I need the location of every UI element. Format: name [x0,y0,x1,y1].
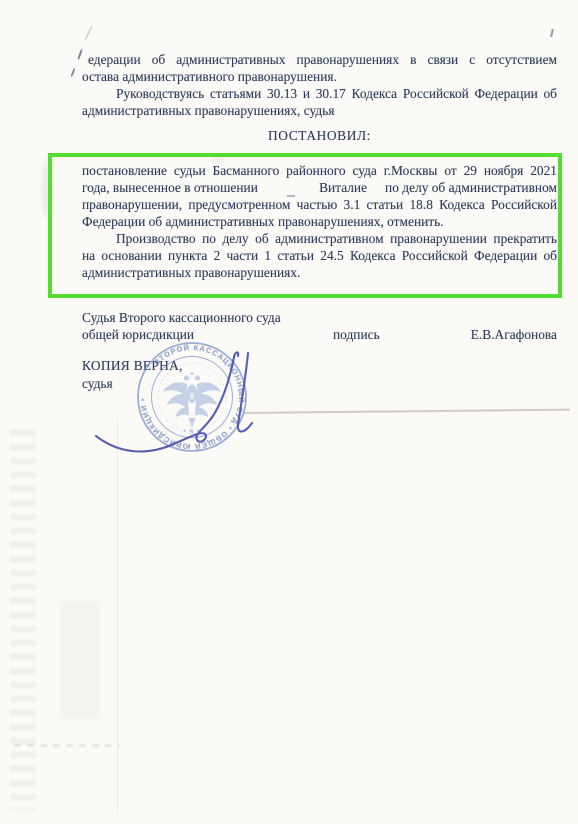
resolution-line-1: постановление судьи Басманного районного… [82,162,557,179]
intro-line-1: едерации об административных правонаруше… [82,51,557,68]
intro-line-4: административных правонарушениях, судья [82,102,557,119]
intro-paragraphs: едерации об административных правонаруше… [82,51,557,119]
resolution-line-4: Федерации об административных правонаруш… [82,213,557,230]
resolution-line-6: на основании пункта 2 части 1 статьи 24.… [82,247,557,264]
scan-smudge [10,430,36,810]
intro-line-3: Руководствуясь статьями 30.13 и 30.17 Ко… [82,85,557,102]
scan-smudge [14,744,120,747]
resolution-line-7: административных правонарушениях. [82,264,557,281]
redacted-gap [258,179,319,196]
scanned-court-document: едерации об административных правонаруше… [0,0,578,824]
scan-line [244,409,570,414]
resolution-line-3: правонарушении, предусмотренном частью 3… [82,196,557,213]
resolution-line-5: Производство по делу об административном… [82,230,557,247]
judge-title-line-1: Судья Второго кассационного суда [82,309,281,326]
fold-line [117,420,118,812]
respondent-name: Виталие [319,179,367,196]
intro-line-2: остава административного правонарушения. [82,68,557,85]
judge-name: Е.В.Агафонова [471,326,557,343]
resolution-line-2-right: по делу об административном [385,179,557,196]
signature-placeholder-label: подпись [333,326,380,343]
gap [367,179,385,196]
scan-artifact [85,26,93,41]
resolution-heading: ПОСТАНОВИЛ: [82,128,557,144]
resolution-line-2: года, вынесенное в отношении Виталие по … [82,179,557,196]
clipped-letter-artifact [70,68,75,77]
resolution-line-2-left: года, вынесенное в отношении [82,179,258,196]
scan-smudge [60,600,100,720]
highlight-box: постановление судьи Басманного районного… [48,153,562,298]
scan-artifact [550,29,553,37]
handwritten-signature [80,335,280,460]
